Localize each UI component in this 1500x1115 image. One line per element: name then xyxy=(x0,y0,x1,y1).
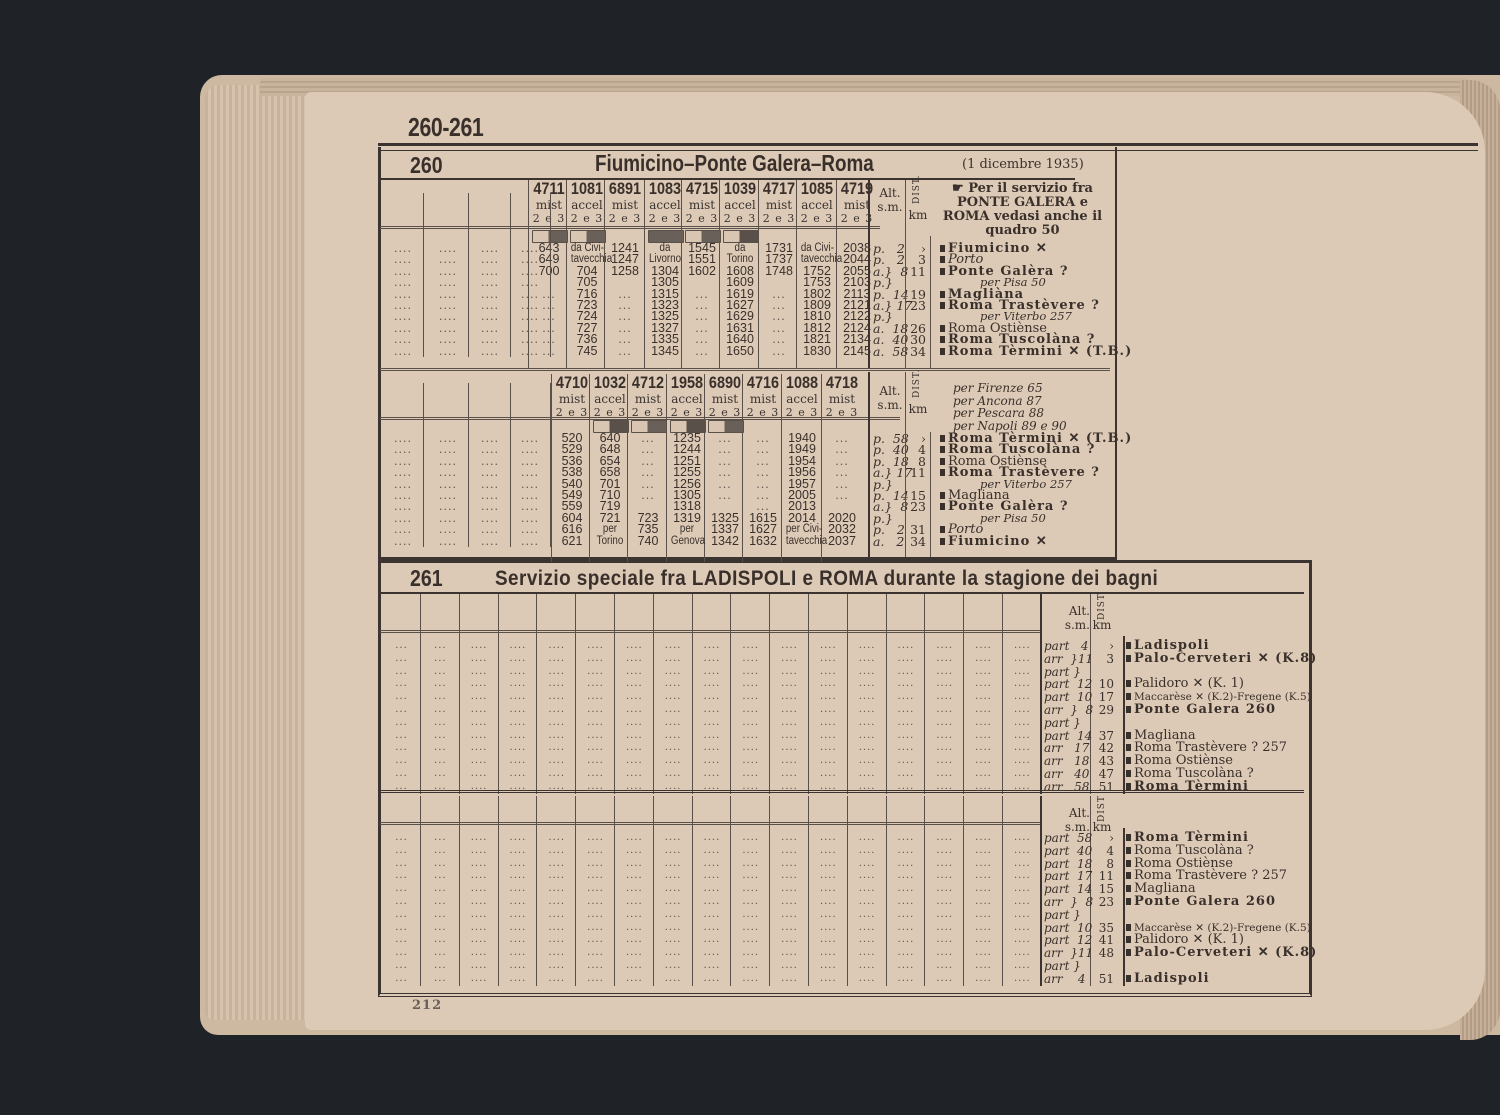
altitude-cell: arr 40 xyxy=(1044,768,1089,781)
placeholder-dots: .... xyxy=(577,678,614,691)
placeholder-dots: .... xyxy=(771,832,808,845)
placeholder-dots: .... xyxy=(693,934,730,947)
placeholder-dots: .... xyxy=(616,947,653,960)
placeholder-dots: .... xyxy=(887,960,924,973)
placeholder-dots: ... xyxy=(383,717,420,730)
placeholder-dots: .... xyxy=(655,730,692,743)
placeholder-dots: .... xyxy=(655,858,692,871)
placeholder-dots: .... xyxy=(926,717,963,730)
placeholder-dots: ... xyxy=(422,973,459,986)
placeholder-dots: .... xyxy=(655,973,692,986)
altitude-cell: a. 58 xyxy=(873,346,908,357)
dist-header: DIST. xyxy=(912,175,922,204)
placeholder-dots: .... xyxy=(693,717,730,730)
placeholder-dots: .... xyxy=(538,691,575,704)
placeholder-dots: .... xyxy=(965,730,1002,743)
placeholder-dots: .... xyxy=(849,755,886,768)
placeholder-dots: .... xyxy=(655,934,692,947)
placeholder-dots: .... xyxy=(887,742,924,755)
placeholder-dots: .... xyxy=(655,909,692,922)
placeholder-dots: .... xyxy=(926,973,963,986)
placeholder-dots: .... xyxy=(849,768,886,781)
train-class: 2 e 3 xyxy=(744,406,782,419)
placeholder-dots: ... xyxy=(422,909,459,922)
placeholder-dots: .... xyxy=(693,858,730,871)
placeholder-dots: .... xyxy=(616,768,653,781)
placeholder-dots: .... xyxy=(771,896,808,909)
placeholder-dots: .... xyxy=(577,730,614,743)
train-header: 1083accel2 e 3 xyxy=(646,180,684,225)
placeholder-dots: .... xyxy=(499,768,536,781)
train-category: accel xyxy=(668,392,706,406)
servizio-note: ☛ Per il servizio fra PONTE GALERA e ROM… xyxy=(940,182,1105,238)
km-cell: 34 xyxy=(906,536,926,547)
placeholder-dots: .... xyxy=(693,909,730,922)
placeholder-dots: .... xyxy=(887,730,924,743)
placeholder-dots: .... xyxy=(849,883,886,896)
km-header: km xyxy=(1091,618,1113,632)
placeholder-dots: .... xyxy=(926,832,963,845)
column-divider xyxy=(1123,828,1125,986)
placeholder-dots: .... xyxy=(470,334,510,345)
placeholder-dots: ... xyxy=(422,653,459,666)
placeholder-dots: .... xyxy=(577,691,614,704)
placeholder-dots: .... xyxy=(849,704,886,717)
placeholder-dots: .... xyxy=(693,960,730,973)
placeholder-dots: .... xyxy=(810,666,847,679)
placeholder-dots: .... xyxy=(810,883,847,896)
placeholder-dots: .... xyxy=(693,704,730,717)
placeholder-dots: ... xyxy=(823,467,861,478)
train-number: 4711 xyxy=(533,180,565,198)
placeholder-dots: .... xyxy=(965,666,1002,679)
altitude-cell: part 58 xyxy=(1044,832,1092,845)
placeholder-dots: .... xyxy=(655,960,692,973)
placeholder-dots: ... xyxy=(422,832,459,845)
placeholder-dots: ... xyxy=(422,858,459,871)
placeholder-dots: .... xyxy=(510,346,550,357)
placeholder-dots: .... xyxy=(577,717,614,730)
placeholder-dots: .... xyxy=(771,768,808,781)
station-marker-icon xyxy=(1126,949,1131,956)
placeholder-dots: .... xyxy=(577,666,614,679)
placeholder-dots: .... xyxy=(461,653,498,666)
placeholder-dots: .... xyxy=(1004,858,1041,871)
placeholder-dots: .... xyxy=(810,870,847,883)
km-cell: 11 xyxy=(906,266,926,277)
placeholder-dots: .... xyxy=(771,934,808,947)
train-class: 2 e 3 xyxy=(683,212,721,225)
placeholder-dots: .... xyxy=(616,653,653,666)
placeholder-dots: .... xyxy=(771,704,808,717)
placeholder-dots: .... xyxy=(732,858,769,871)
train-category: mist xyxy=(629,392,667,406)
altitude-cell: arr } 8 xyxy=(1044,704,1093,717)
placeholder-dots: .... xyxy=(538,909,575,922)
placeholder-dots: .... xyxy=(655,704,692,717)
train-header: 1032accel2 e 3 xyxy=(591,374,629,419)
column-divider xyxy=(905,180,906,368)
placeholder-dots: .... xyxy=(1004,934,1041,947)
placeholder-dots: .... xyxy=(693,870,730,883)
placeholder-dots: .... xyxy=(887,717,924,730)
placeholder-dots: .... xyxy=(771,883,808,896)
placeholder-dots: .... xyxy=(577,870,614,883)
placeholder-dots: .... xyxy=(849,922,886,935)
column-divider xyxy=(868,180,870,368)
placeholder-dots: ... xyxy=(422,640,459,653)
train-header: 4715mist2 e 3 xyxy=(683,180,721,225)
placeholder-dots: .... xyxy=(810,858,847,871)
placeholder-dots: .... xyxy=(499,640,536,653)
placeholder-dots: .... xyxy=(732,870,769,883)
time-cell: 1650 xyxy=(721,346,759,357)
placeholder-dots: .... xyxy=(499,947,536,960)
train-class: 2 e 3 xyxy=(798,212,836,225)
time-cell: 621 xyxy=(553,536,591,547)
placeholder-dots: .... xyxy=(577,845,614,858)
placeholder-dots: ... xyxy=(422,922,459,935)
train-category: mist xyxy=(760,198,798,212)
placeholder-dots: .... xyxy=(428,467,468,478)
placeholder-dots: .... xyxy=(732,742,769,755)
train-header: 4719mist2 e 3 xyxy=(838,180,876,225)
station-marker-icon xyxy=(1126,872,1131,879)
station-name: Ladispoli xyxy=(1134,971,1210,986)
placeholder-dots: .... xyxy=(732,896,769,909)
placeholder-dots: .... xyxy=(577,934,614,947)
train-class: 2 e 3 xyxy=(553,406,591,419)
station-marker-icon xyxy=(940,526,945,533)
station-marker-icon xyxy=(1126,783,1131,790)
placeholder-dots: .... xyxy=(926,704,963,717)
placeholder-dots: .... xyxy=(810,832,847,845)
placeholder-dots: ... xyxy=(422,742,459,755)
placeholder-dots: .... xyxy=(887,922,924,935)
train-number: 1958 xyxy=(671,374,703,392)
placeholder-dots: .... xyxy=(577,704,614,717)
train-header: 6890mist2 e 3 xyxy=(706,374,744,419)
train-header: 6891mist2 e 3 xyxy=(606,180,644,225)
placeholder-dots: .... xyxy=(499,742,536,755)
placeholder-dots: .... xyxy=(693,666,730,679)
placeholder-dots: .... xyxy=(810,640,847,653)
placeholder-dots: .... xyxy=(771,858,808,871)
placeholder-dots: .... xyxy=(926,845,963,858)
train-header: 1088accel2 e 3 xyxy=(783,374,821,419)
train-class: 2 e 3 xyxy=(646,212,684,225)
train-category: mist xyxy=(683,198,721,212)
placeholder-dots: .... xyxy=(461,896,498,909)
station-name: Fiumicino ✕ xyxy=(948,534,1048,549)
station-marker-icon xyxy=(1126,706,1131,713)
placeholder-dots: .... xyxy=(810,678,847,691)
placeholder-dots: .... xyxy=(926,666,963,679)
train-category: accel xyxy=(721,198,759,212)
station-marker-icon xyxy=(940,256,945,263)
column-divider xyxy=(905,372,906,557)
placeholder-dots: .... xyxy=(849,730,886,743)
station-marker-icon xyxy=(940,503,945,510)
placeholder-dots: ... xyxy=(383,678,420,691)
placeholder-dots: .... xyxy=(499,832,536,845)
train-header: 4710mist2 e 3 xyxy=(553,374,591,419)
placeholder-dots: .... xyxy=(965,704,1002,717)
placeholder-dots: .... xyxy=(577,653,614,666)
placeholder-dots: .... xyxy=(383,334,423,345)
column-divider xyxy=(930,432,931,557)
station-marker-icon xyxy=(1126,885,1131,892)
placeholder-dots: .... xyxy=(1004,640,1041,653)
placeholder-dots: .... xyxy=(810,768,847,781)
placeholder-dots: ... xyxy=(422,730,459,743)
dist-header: DIST xyxy=(1097,593,1107,620)
folio-number: 212 xyxy=(412,998,442,1013)
km-cell: › xyxy=(1092,640,1114,653)
placeholder-dots: .... xyxy=(616,909,653,922)
page-range: 260-261 xyxy=(408,112,483,143)
placeholder-dots: .... xyxy=(499,717,536,730)
placeholder-dots: .... xyxy=(499,973,536,986)
placeholder-dots: .... xyxy=(887,870,924,883)
train-number: 1081 xyxy=(571,180,603,198)
km-header-2: km xyxy=(907,402,929,416)
placeholder-dots: .... xyxy=(965,768,1002,781)
placeholder-dots: .... xyxy=(810,896,847,909)
station-marker-icon xyxy=(1126,693,1131,700)
placeholder-dots: ... xyxy=(706,467,744,478)
placeholder-dots: .... xyxy=(732,934,769,947)
placeholder-dots: .... xyxy=(732,960,769,973)
placeholder-dots: .... xyxy=(383,467,423,478)
km-cell: 23 xyxy=(1092,896,1114,909)
train-class: 2 e 3 xyxy=(530,212,568,225)
placeholder-dots: .... xyxy=(771,717,808,730)
train-number: 1085 xyxy=(801,180,833,198)
placeholder-dots: .... xyxy=(926,909,963,922)
placeholder-dots: .... xyxy=(887,832,924,845)
placeholder-dots: .... xyxy=(887,934,924,947)
placeholder-dots: .... xyxy=(1004,883,1041,896)
altitude-cell: arr }11 xyxy=(1044,653,1093,666)
station-marker-icon xyxy=(940,291,945,298)
placeholder-dots: .... xyxy=(538,960,575,973)
placeholder-dots: .... xyxy=(499,858,536,871)
placeholder-dots: .... xyxy=(577,858,614,871)
placeholder-dots: .... xyxy=(499,922,536,935)
alt-header: Alt.s.m. xyxy=(872,186,908,214)
placeholder-dots: .... xyxy=(655,755,692,768)
placeholder-dots: .... xyxy=(887,653,924,666)
placeholder-dots: .... xyxy=(577,640,614,653)
placeholder-dots: .... xyxy=(510,467,550,478)
placeholder-dots: ... xyxy=(629,490,667,501)
column-divider xyxy=(644,180,645,368)
km-cell: 11 xyxy=(906,467,926,478)
km-header: km xyxy=(907,208,929,222)
placeholder-dots: .... xyxy=(732,909,769,922)
train-category: accel xyxy=(568,198,606,212)
km-cell: › xyxy=(1092,832,1114,845)
train-number: 4717 xyxy=(763,180,795,198)
placeholder-dots: .... xyxy=(1004,730,1041,743)
placeholder-dots: .... xyxy=(965,934,1002,947)
placeholder-dots: .... xyxy=(428,334,468,345)
placeholder-dots: .... xyxy=(538,704,575,717)
placeholder-dots: .... xyxy=(1004,870,1041,883)
placeholder-dots: .... xyxy=(810,653,847,666)
divider xyxy=(380,790,1304,793)
placeholder-dots: ... xyxy=(606,334,644,345)
placeholder-dots: ... xyxy=(383,691,420,704)
train-number: 4718 xyxy=(826,374,858,392)
km-cell: 34 xyxy=(906,346,926,357)
placeholder-dots: .... xyxy=(538,742,575,755)
placeholder-dots: .... xyxy=(1004,947,1041,960)
column-divider xyxy=(930,236,931,368)
station-marker-icon xyxy=(1126,860,1131,867)
train-category: accel xyxy=(783,392,821,406)
placeholder-dots: .... xyxy=(1004,717,1041,730)
placeholder-dots: .... xyxy=(693,922,730,935)
placeholder-dots: .... xyxy=(655,653,692,666)
time-cell: tavecchia xyxy=(786,536,818,547)
time-cell: Torino xyxy=(594,536,626,547)
placeholder-dots: ... xyxy=(760,346,798,357)
placeholder-dots: ... xyxy=(383,960,420,973)
placeholder-dots: .... xyxy=(577,883,614,896)
placeholder-dots: ... xyxy=(383,704,420,717)
placeholder-dots: .... xyxy=(577,755,614,768)
altitude-cell: part 40 xyxy=(1044,845,1092,858)
time-cell: 1632 xyxy=(744,536,782,547)
placeholder-dots: .... xyxy=(577,768,614,781)
train-category: accel xyxy=(646,198,684,212)
altitude-cell: part } xyxy=(1044,909,1081,922)
placeholder-dots: .... xyxy=(461,717,498,730)
placeholder-dots: .... xyxy=(499,934,536,947)
train-class: 2 e 3 xyxy=(606,212,644,225)
placeholder-dots: .... xyxy=(693,730,730,743)
train-category: mist xyxy=(744,392,782,406)
train-header: 1081accel2 e 3 xyxy=(568,180,606,225)
placeholder-dots: ... xyxy=(383,947,420,960)
placeholder-dots: .... xyxy=(849,666,886,679)
placeholder-dots: .... xyxy=(470,467,510,478)
time-cell: 1830 xyxy=(798,346,836,357)
train-category: mist xyxy=(823,392,861,406)
train-class: 2 e 3 xyxy=(838,212,876,225)
altitude-cell: part } xyxy=(1044,717,1081,730)
train-number: 1083 xyxy=(649,180,681,198)
divider xyxy=(380,822,1040,825)
placeholder-dots: .... xyxy=(887,947,924,960)
placeholder-dots: .... xyxy=(965,755,1002,768)
placeholder-dots: .... xyxy=(732,768,769,781)
placeholder-dots: .... xyxy=(616,922,653,935)
placeholder-dots: .... xyxy=(849,640,886,653)
station-marker-icon xyxy=(940,435,945,442)
placeholder-dots: ... xyxy=(383,832,420,845)
table-260-number: 260 xyxy=(410,152,443,179)
placeholder-dots: .... xyxy=(849,870,886,883)
altitude-cell: arr } 8 xyxy=(1044,896,1093,909)
placeholder-dots: .... xyxy=(771,973,808,986)
placeholder-dots: .... xyxy=(693,973,730,986)
placeholder-dots: .... xyxy=(616,730,653,743)
placeholder-dots: .... xyxy=(732,845,769,858)
placeholder-dots: .... xyxy=(577,973,614,986)
via-notes: per Firenze 65per Ancona 87per Pescara 8… xyxy=(953,382,1067,432)
placeholder-dots: .... xyxy=(771,845,808,858)
placeholder-dots: .... xyxy=(461,768,498,781)
train-category: mist xyxy=(838,198,876,212)
placeholder-dots: .... xyxy=(926,896,963,909)
placeholder-dots: .... xyxy=(499,730,536,743)
placeholder-dots: .... xyxy=(616,742,653,755)
placeholder-dots: .... xyxy=(1004,896,1041,909)
placeholder-dots: ... xyxy=(706,490,744,501)
placeholder-dots: .... xyxy=(810,947,847,960)
placeholder-dots: .... xyxy=(810,973,847,986)
placeholder-dots: .... xyxy=(732,755,769,768)
placeholder-dots: .... xyxy=(849,742,886,755)
placeholder-dots: .... xyxy=(810,704,847,717)
placeholder-dots: .... xyxy=(655,666,692,679)
placeholder-dots: ... xyxy=(383,742,420,755)
station-row: Ladispoli xyxy=(1126,973,1210,986)
placeholder-dots: .... xyxy=(1004,768,1041,781)
placeholder-dots: .... xyxy=(1004,678,1041,691)
placeholder-dots: .... xyxy=(616,832,653,845)
divider xyxy=(380,226,880,229)
divider xyxy=(380,630,1040,633)
time-cell: 1602 xyxy=(683,266,721,277)
train-header: 4718mist2 e 3 xyxy=(823,374,861,419)
placeholder-dots: .... xyxy=(887,704,924,717)
km-cell: 23 xyxy=(906,501,926,512)
station-name: Ponte Galera 260 xyxy=(1134,702,1276,717)
placeholder-dots: .... xyxy=(428,536,468,547)
placeholder-dots: .... xyxy=(1004,960,1041,973)
placeholder-dots: .... xyxy=(616,704,653,717)
placeholder-dots: .... xyxy=(849,960,886,973)
train-header: 1958accel2 e 3 xyxy=(668,374,706,419)
column-divider xyxy=(468,383,469,547)
placeholder-dots: .... xyxy=(693,678,730,691)
placeholder-dots: ... xyxy=(383,883,420,896)
station-marker-icon xyxy=(940,469,945,476)
via-note: per Firenze 65 xyxy=(953,382,1067,395)
placeholder-dots: .... xyxy=(470,277,510,288)
train-number: 1088 xyxy=(786,374,818,392)
placeholder-dots: ... xyxy=(422,691,459,704)
placeholder-dots: .... xyxy=(849,947,886,960)
placeholder-dots: .... xyxy=(499,896,536,909)
time-cell: 2145 xyxy=(838,346,876,357)
table-260-title: Fiumicino–Ponte Galera–Roma xyxy=(595,150,874,177)
station-marker-icon xyxy=(940,492,945,499)
placeholder-dots: ... xyxy=(383,870,420,883)
time-cell: 1258 xyxy=(606,266,644,277)
station-row: Palidoro ✕ (K. 1) xyxy=(1126,678,1244,691)
placeholder-dots: .... xyxy=(693,768,730,781)
time-cell: 1748 xyxy=(760,266,798,277)
placeholder-dots: .... xyxy=(887,896,924,909)
placeholder-dots: .... xyxy=(461,858,498,871)
divider xyxy=(380,368,1110,371)
placeholder-dots: .... xyxy=(383,277,423,288)
